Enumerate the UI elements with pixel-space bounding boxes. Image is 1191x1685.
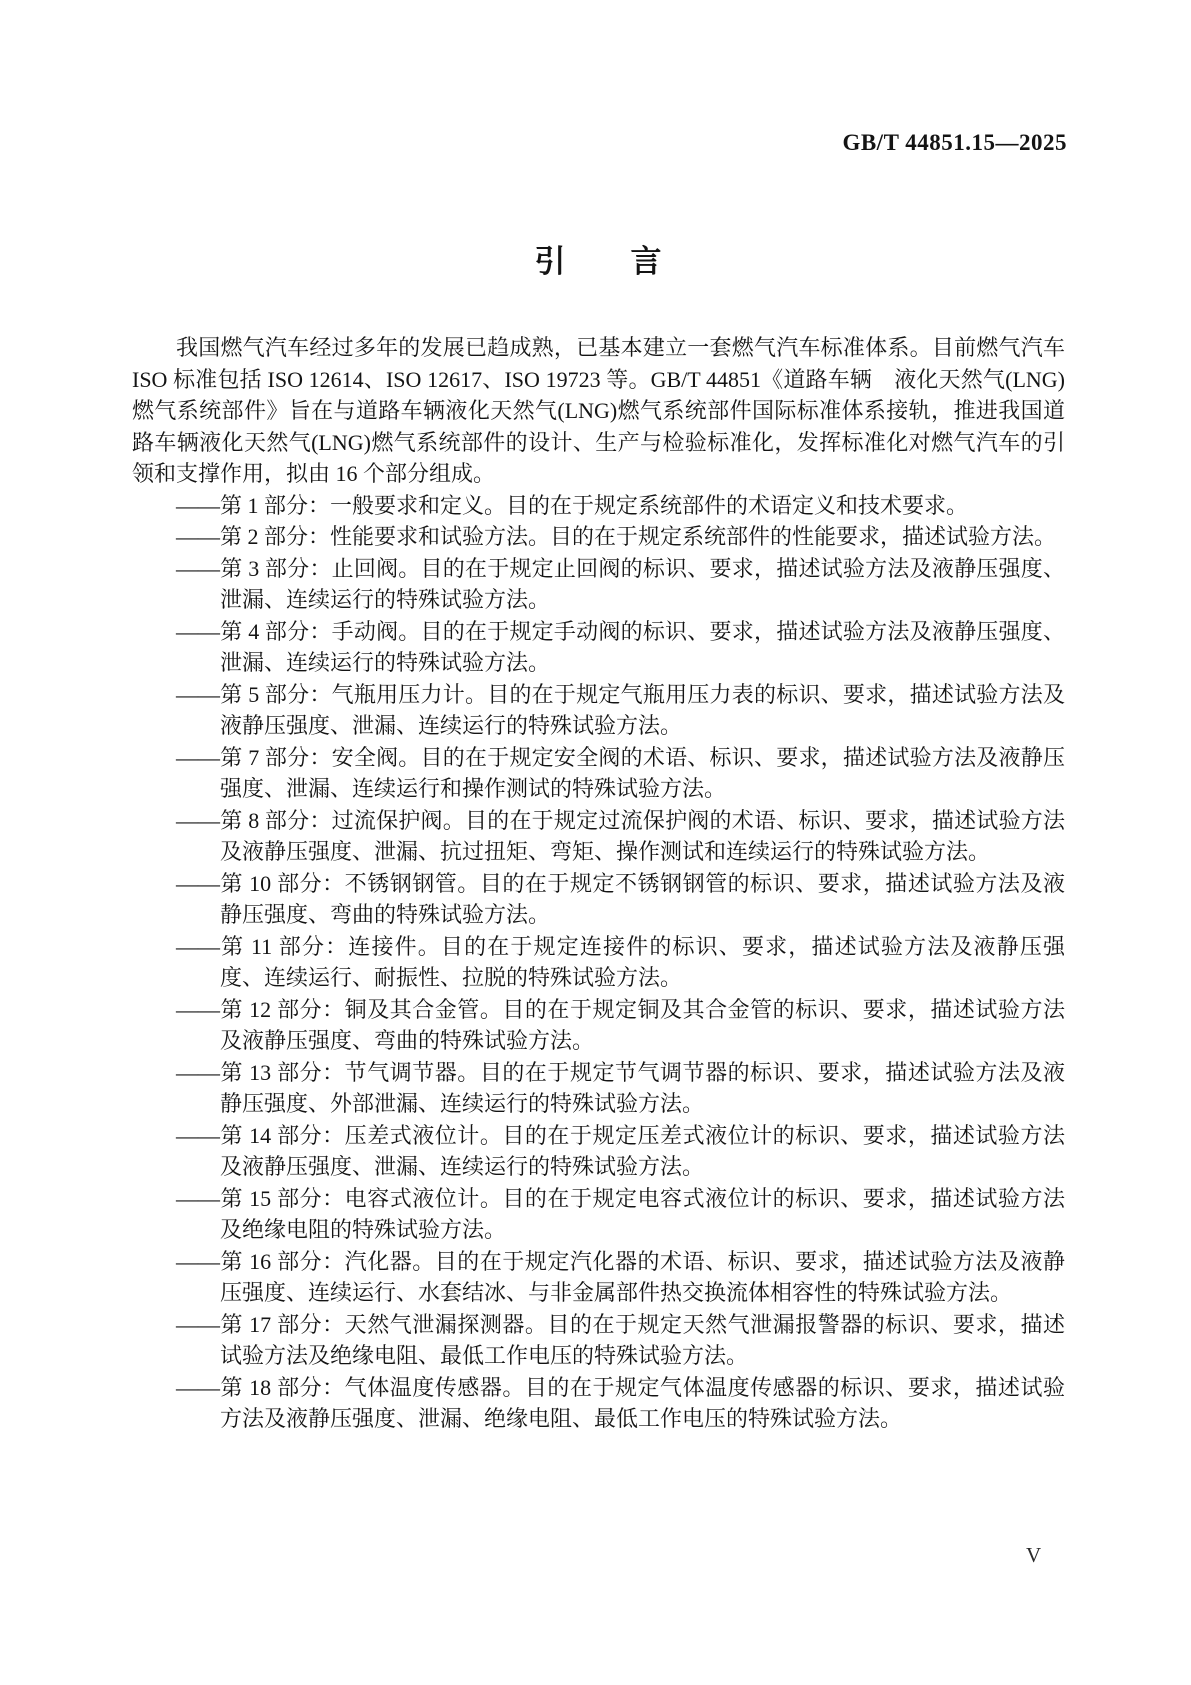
intro-paragraph: 我国燃气汽车经过多年的发展已趋成熟，已基本建立一套燃气汽车标准体系。目前燃气汽车… [132, 332, 1065, 490]
page-title: 引 言 [132, 236, 1065, 281]
parts-list: ——第 1 部分：一般要求和定义。目的在于规定系统部件的术语定义和技术要求。 —… [132, 490, 1065, 1435]
part-item: ——第 10 部分：不锈钢钢管。目的在于规定不锈钢钢管的标识、要求，描述试验方法… [132, 868, 1065, 931]
standard-number: GB/T 44851.15—2025 [842, 130, 1067, 156]
part-item: ——第 7 部分：安全阀。目的在于规定安全阀的术语、标识、要求，描述试验方法及液… [132, 742, 1065, 805]
part-item: ——第 5 部分：气瓶用压力计。目的在于规定气瓶用压力表的标识、要求，描述试验方… [132, 679, 1065, 742]
part-item: ——第 3 部分：止回阀。目的在于规定止回阀的标识、要求，描述试验方法及液静压强… [132, 553, 1065, 616]
part-item: ——第 4 部分：手动阀。目的在于规定手动阀的标识、要求，描述试验方法及液静压强… [132, 616, 1065, 679]
part-item: ——第 18 部分：气体温度传感器。目的在于规定气体温度传感器的标识、要求，描述… [132, 1372, 1065, 1435]
introduction-body: 我国燃气汽车经过多年的发展已趋成熟，已基本建立一套燃气汽车标准体系。目前燃气汽车… [132, 332, 1065, 1435]
document-page: GB/T 44851.15—2025 引 言 我国燃气汽车经过多年的发展已趋成熟… [0, 0, 1191, 1685]
part-item: ——第 16 部分：汽化器。目的在于规定汽化器的术语、标识、要求，描述试验方法及… [132, 1246, 1065, 1309]
part-item: ——第 2 部分：性能要求和试验方法。目的在于规定系统部件的性能要求，描述试验方… [132, 521, 1065, 553]
part-item: ——第 17 部分：天然气泄漏探测器。目的在于规定天然气泄漏报警器的标识、要求，… [132, 1309, 1065, 1372]
page-number: V [1026, 1543, 1041, 1568]
part-item: ——第 11 部分：连接件。目的在于规定连接件的标识、要求，描述试验方法及液静压… [132, 931, 1065, 994]
part-item: ——第 8 部分：过流保护阀。目的在于规定过流保护阀的术语、标识、要求，描述试验… [132, 805, 1065, 868]
part-item: ——第 13 部分：节气调节器。目的在于规定节气调节器的标识、要求，描述试验方法… [132, 1057, 1065, 1120]
part-item: ——第 15 部分：电容式液位计。目的在于规定电容式液位计的标识、要求，描述试验… [132, 1183, 1065, 1246]
part-item: ——第 12 部分：铜及其合金管。目的在于规定铜及其合金管的标识、要求，描述试验… [132, 994, 1065, 1057]
part-item: ——第 14 部分：压差式液位计。目的在于规定压差式液位计的标识、要求，描述试验… [132, 1120, 1065, 1183]
part-item: ——第 1 部分：一般要求和定义。目的在于规定系统部件的术语定义和技术要求。 [132, 490, 1065, 522]
